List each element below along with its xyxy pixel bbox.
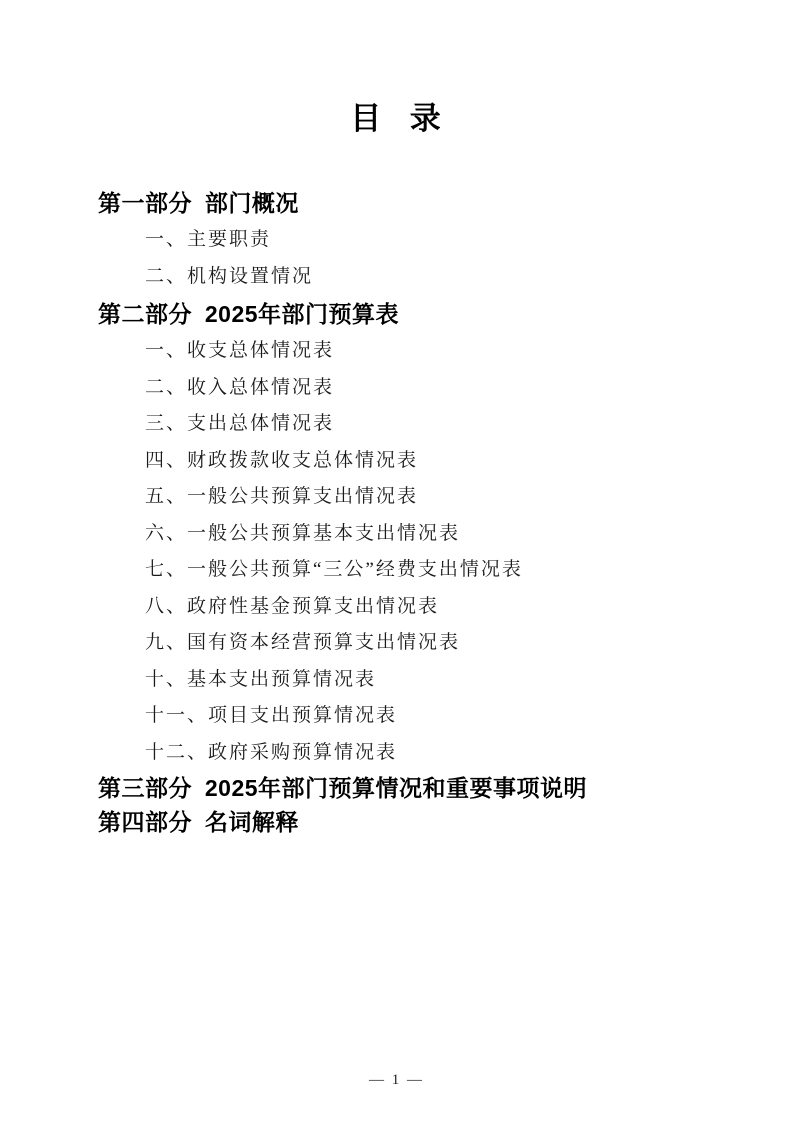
toc-item: 二、收入总体情况表 (98, 370, 733, 407)
toc-section-part-2: 第二部分 2025年部门预算表 (98, 295, 733, 333)
toc-item: 八、政府性基金预算支出情况表 (98, 589, 733, 626)
toc-item: 十二、政府采购预算情况表 (98, 735, 733, 772)
toc-item: 一、收支总体情况表 (98, 333, 733, 370)
toc-item: 七、一般公共预算“三公”经费支出情况表 (98, 552, 733, 589)
document-page: 目 录 第一部分 部门概况 一、主要职责 二、机构设置情况 第二部分 2025年… (0, 0, 793, 1122)
toc-item: 二、机构设置情况 (98, 259, 733, 296)
toc-item: 九、国有资本经营预算支出情况表 (98, 625, 733, 662)
toc-section-part-4: 第四部分 名词解释 (98, 805, 733, 839)
toc-item: 五、一般公共预算支出情况表 (98, 479, 733, 516)
toc-item: 四、财政拨款收支总体情况表 (98, 443, 733, 480)
toc-section-part-3: 第三部分 2025年部门预算情况和重要事项说明 (98, 771, 733, 805)
toc-item: 一、主要职责 (98, 222, 733, 259)
toc-item: 十、基本支出预算情况表 (98, 662, 733, 699)
document-title: 目 录 (0, 0, 793, 142)
toc-section-part-1: 第一部分 部门概况 (98, 184, 733, 222)
page-number: — 1 — (0, 1072, 793, 1089)
table-of-contents: 第一部分 部门概况 一、主要职责 二、机构设置情况 第二部分 2025年部门预算… (0, 184, 793, 839)
toc-item: 十一、项目支出预算情况表 (98, 698, 733, 735)
toc-item: 三、支出总体情况表 (98, 406, 733, 443)
toc-item: 六、一般公共预算基本支出情况表 (98, 516, 733, 553)
